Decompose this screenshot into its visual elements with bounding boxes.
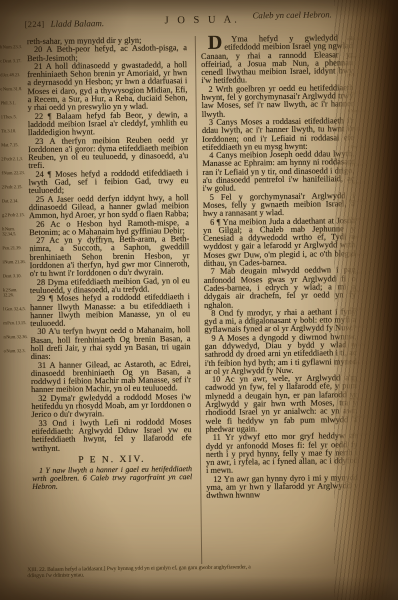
verse-paragraph: 2 Wrth goelbren yr oedd eu hetifeddiaeth… <box>201 84 353 119</box>
margin-notes-right: a Sal. 44.3.Num. 33.54.p.28.Heb. 3.4.b N… <box>347 36 387 560</box>
margin-note: Deut. 3.10. <box>3 273 28 278</box>
verse-paragraph: 4 Canys meibion Joseph oedd ddau lwyth, … <box>202 150 354 193</box>
footnote: XIII. 22. Balaam hefyd a laddasant.] Pwy… <box>27 563 365 580</box>
margin-note: b Num. 23.3. <box>0 44 25 49</box>
verse-paragraph: DYma hefyd y gwledydd a etifeddodd meibi… <box>201 34 354 86</box>
running-title-right: Caleb yn cael Hebron. <box>252 9 331 20</box>
margin-note: i Adn. 10. <box>350 288 384 293</box>
margin-note: Tit. 3.10. <box>1 128 26 133</box>
verse-paragraph: 33 Ond i lwyth Lefi ni roddodd Moses eti… <box>31 418 191 453</box>
verse-paragraph: 29 ¶ Moses hefyd a roddodd etifeddiaeth … <box>30 293 190 328</box>
margin-note: o Num. 32.3. <box>4 348 29 353</box>
margin-note: e Num. 35.2. <box>349 180 383 185</box>
book-photo: [224] Lladd Balaam. J O S U A. Caleb yn … <box>0 0 398 600</box>
margin-note: f Num. 22.23. <box>1 170 26 175</box>
margin-note: c Pen. 13.3. <box>348 144 382 149</box>
margin-note: Mat. 7.15. <box>1 142 26 147</box>
margin-notes-left: b Num. 23.3.c Deut. 3.17.d Jer. 48.23.e … <box>0 44 30 464</box>
margin-note: f Num. 14.24. <box>349 216 383 221</box>
margin-note: e Num. 31.8. <box>0 86 25 91</box>
left-text-column: reth-sahar, ym mynydd dir y glyn;20 A Be… <box>27 36 193 530</box>
verse-paragraph: 7 Mab deugain mlwydd oeddwn i pan anfono… <box>204 266 356 309</box>
margin-note: h Barn. 13.6. <box>350 270 384 275</box>
margin-note: Num. 14.24. <box>351 360 385 365</box>
verse-paragraph: 22 ¶ Balaam hefyd fab Beor, y dewin, a l… <box>28 111 188 138</box>
right-text-column: DYma hefyd y gwledydd a etifeddodd meibi… <box>195 34 359 564</box>
margin-note: 2 Pedr 2. 1,3. <box>1 156 26 161</box>
margin-note: Pen. 21.39. <box>2 245 27 250</box>
verse-paragraph: 31 A hanner Gilead, ac Astaroth, ac Edre… <box>31 360 191 395</box>
page-number: [224] <box>25 19 45 29</box>
verse-paragraph: 23 A therfyn meibion Reuben oedd yr Iord… <box>28 136 188 171</box>
margin-note: m Num. 14.22. <box>351 396 385 401</box>
verse-paragraph: 9 A Moses a dyngodd y diwrnod hwnnw, gan… <box>204 333 356 376</box>
verse-paragraph: 8 Ond fy mrodyr, y rhai a aethant i fyny… <box>204 308 356 335</box>
margin-note: n Num. 32.36. <box>3 334 28 339</box>
verse-paragraph: 21 A holl ddinasoedd y gwastadedd, a hol… <box>27 61 188 113</box>
margin-note: a 18.33. <box>348 126 382 131</box>
margin-note: d Jer. 48.23. <box>0 72 25 77</box>
margin-note: Phil. 3.1. <box>1 100 26 105</box>
margin-note: Pen. 21.8. <box>349 198 383 203</box>
verse-paragraph: 11 Yr ydwyf etto mor gryf heddyw a'r dyd… <box>206 432 358 475</box>
margin-note: k Num. 13.31,32. <box>350 324 384 329</box>
margin-note: Heb. 3.4. <box>347 90 381 95</box>
margin-note: 2 Pedr. 2.15. <box>2 184 27 189</box>
margin-note: Num. 33.54. <box>347 54 381 59</box>
margin-note: Dat. 2.14. <box>2 198 27 203</box>
verse-paragraph: 24 ¶ Moses hefyd a roddodd etifeddiaeth … <box>28 169 188 196</box>
margin-note: h Num. 32.34,5. <box>2 226 27 236</box>
right-verses: 2 Wrth goelbren yr oedd eu hetifeddiaeth… <box>201 84 358 501</box>
verse-paragraph: 10 Ac yn awr, wele, yr Arglwydd a'm cadw… <box>205 374 358 434</box>
margin-note: a Sal. 44.3. <box>347 36 381 41</box>
verse-paragraph: 3 Canys Moses a roddasai etifeddiaeth i'… <box>202 117 354 152</box>
verse-paragraph: 12 Yn awr gan hynny dyro i mi y mynydd y… <box>206 474 358 501</box>
verse-paragraph: 27 Ac yn y dyffryn, Beth-aram, a Beth-ni… <box>29 235 189 278</box>
verse-paragraph: 32 Dyma'r gwledydd a roddodd Moses i'w h… <box>31 393 191 420</box>
margin-note: n Deut. 31.2. <box>351 414 385 419</box>
margin-note: Pen. 14.7. <box>350 306 384 311</box>
verse-paragraph: 5 Fel y gorchymynasai'r Arglwydd i Moses… <box>203 192 355 219</box>
margin-note: 1 Thes. 5. <box>1 114 26 119</box>
margin-note: Deu. 1.4. <box>351 378 385 383</box>
left-verses: reth-sahar, ym mynydd dir y glyn;20 A Be… <box>27 36 192 453</box>
book-page: [224] Lladd Balaam. J O S U A. Caleb yn … <box>0 0 398 600</box>
margin-note: Sal. 121.8. <box>352 432 386 437</box>
verse-paragraph: 25 A Jaser oedd derfyn iddynt hwy, a hol… <box>29 194 189 221</box>
margin-note: i Num. 21.26. <box>2 259 27 264</box>
margin-note: Deut. 1.36. <box>349 234 383 239</box>
verse-paragraph: 30 A'u terfyn hwynt oedd o Mahanaim, hol… <box>30 326 190 361</box>
drop-cap: D <box>201 36 225 52</box>
margin-note: k 2 Sam. 12.26. <box>3 287 28 297</box>
margin-note: g 2 Pedr 2.15. <box>2 212 27 217</box>
margin-note: m Pen. 13.15. <box>3 320 28 325</box>
margin-note: l Gen. 32.4,5. <box>3 306 28 311</box>
page-header: [224] Lladd Balaam. J O S U A. Caleb yn … <box>25 12 345 32</box>
chapter-summary: 1 Y naw llwyth a hanner i gael eu hetife… <box>32 465 192 491</box>
margin-note: p.28. <box>347 72 381 77</box>
book-title: J O S U A. <box>165 14 240 26</box>
margin-note: l ar ol, &c. <box>351 342 385 347</box>
running-title-left: Lladd Balaam. <box>51 18 105 29</box>
margin-note: d 1 Cron. 5.1. <box>348 162 382 167</box>
margin-note: b Num. 26.43. <box>348 108 382 113</box>
margin-note: c Deut. 3.17. <box>0 58 25 63</box>
verse-paragraph: 6 ¶ Yna meibion Juda a ddaethant at Josu… <box>203 217 356 269</box>
margin-note: g 2 Pen. 10.1. <box>349 252 383 257</box>
